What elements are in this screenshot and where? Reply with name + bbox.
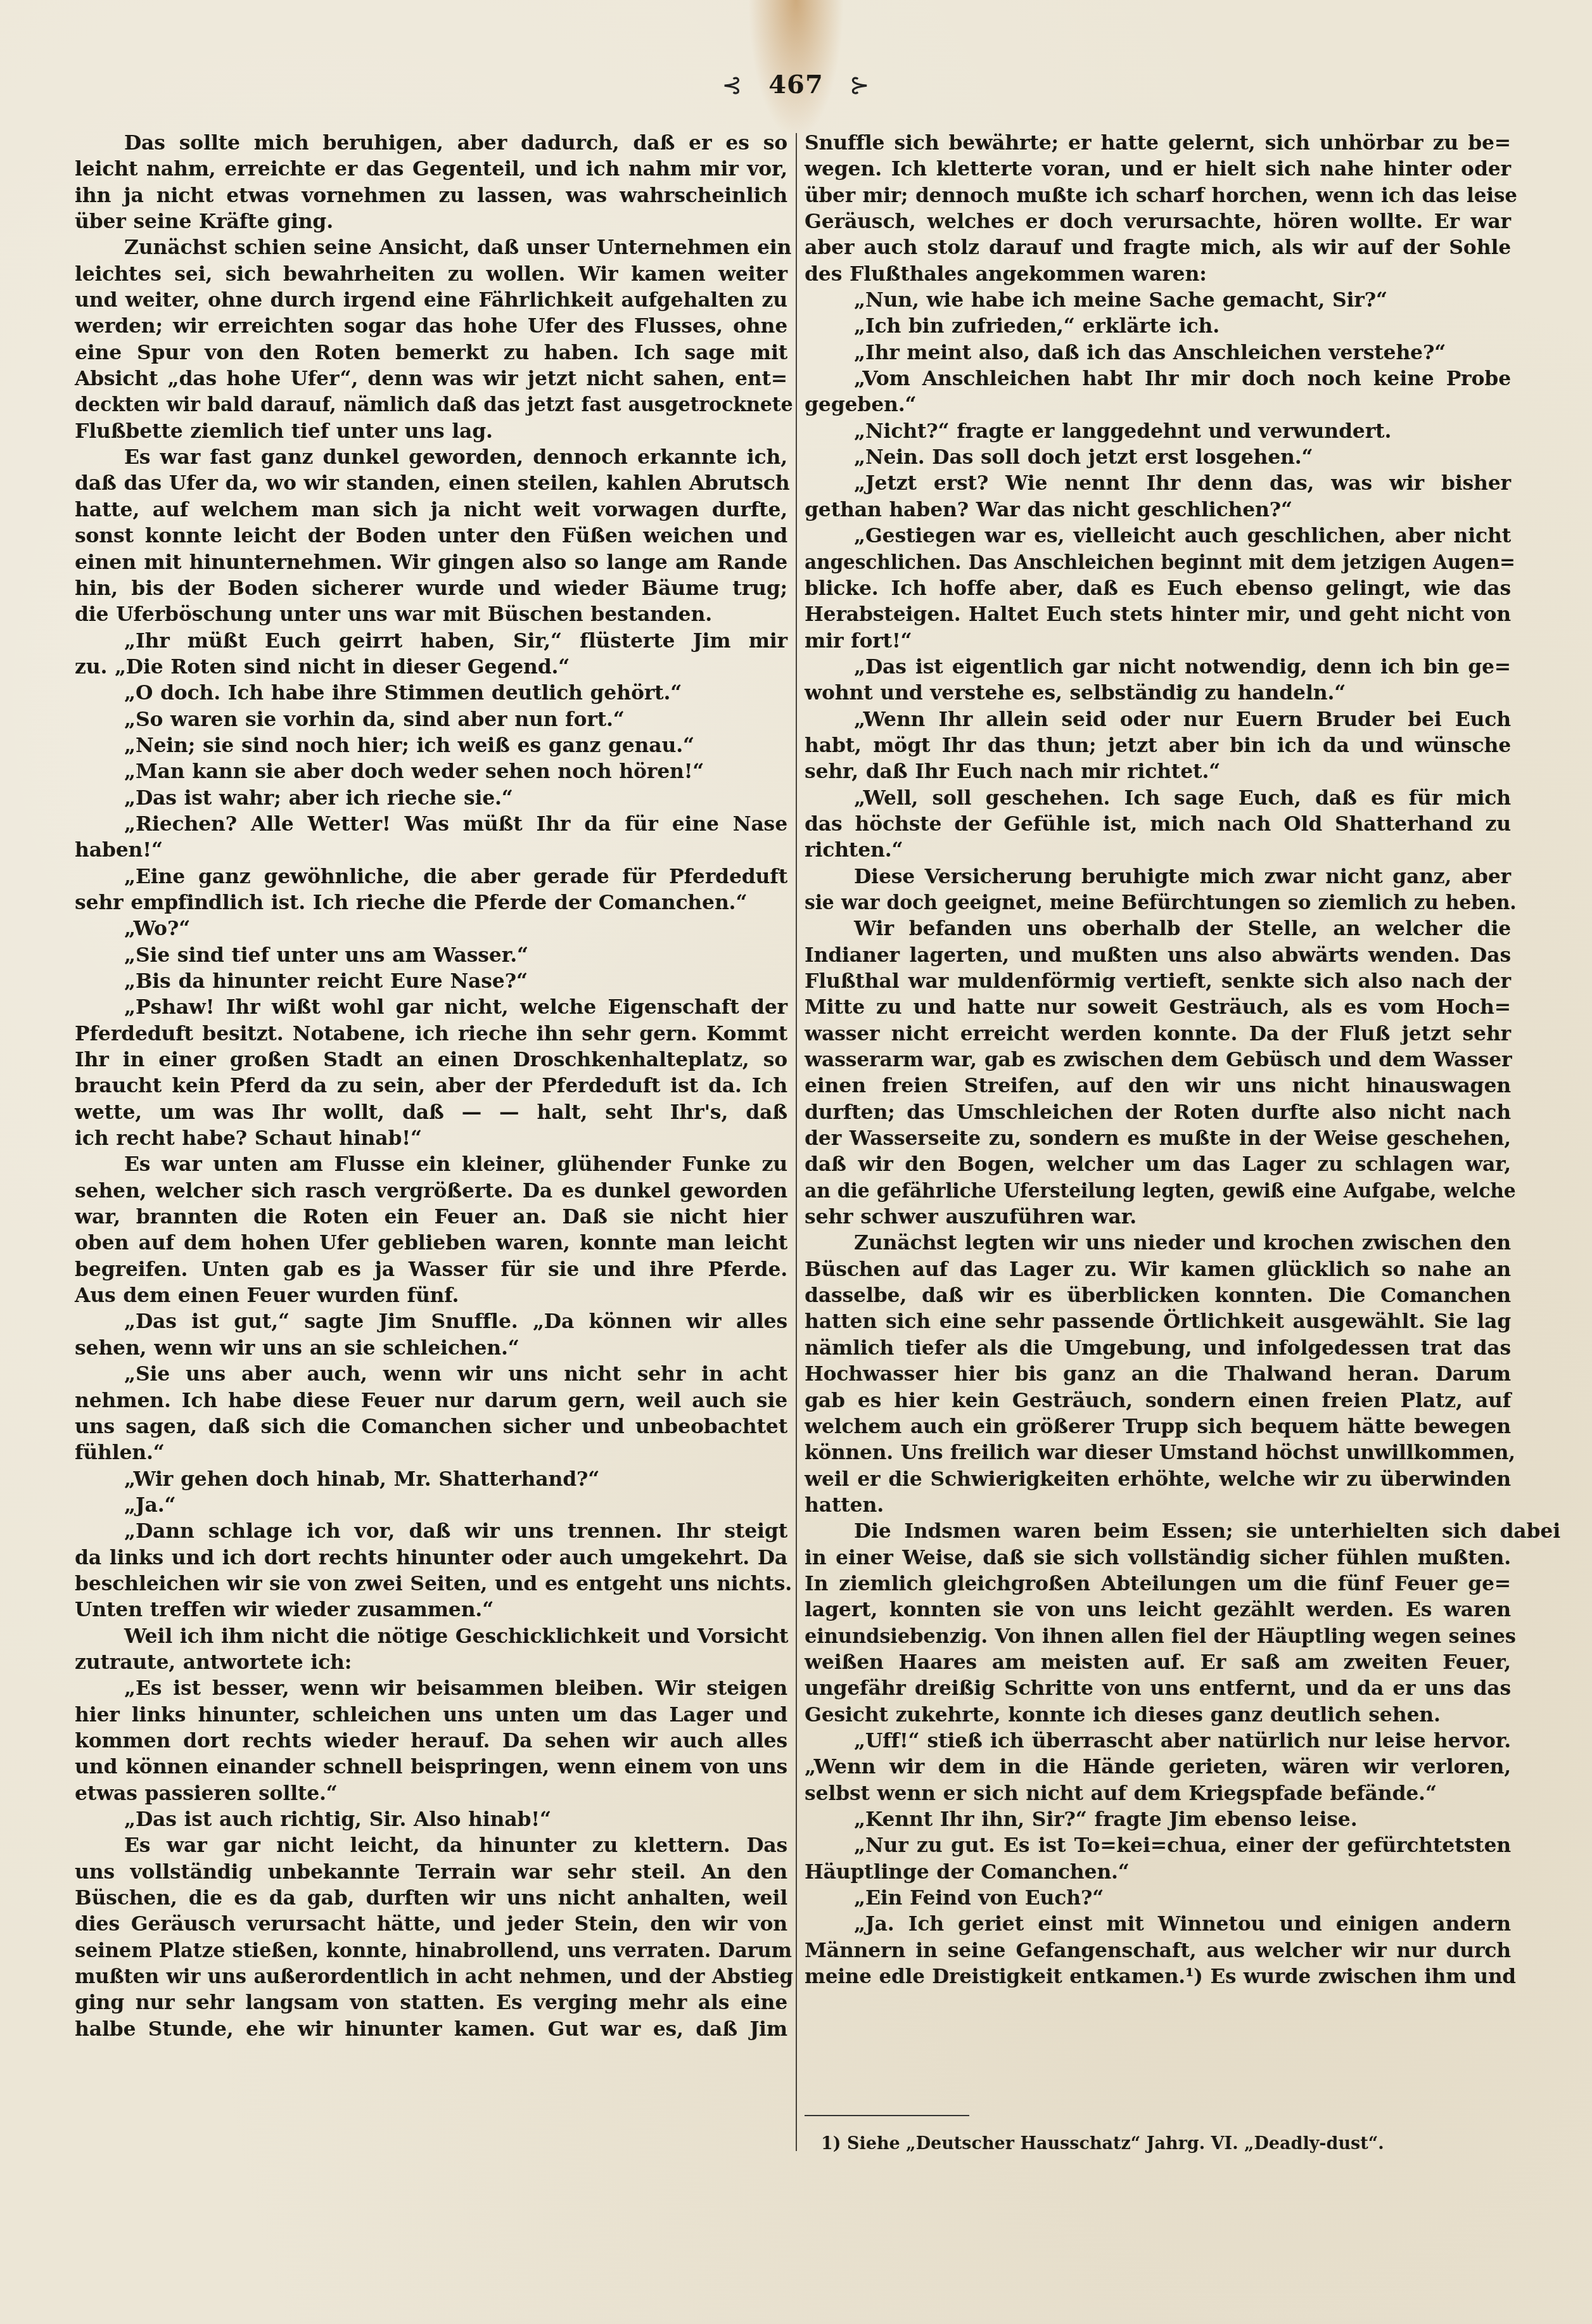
text-line: Zunächst schien seine Ansicht, daß unser… xyxy=(75,234,787,260)
text-line: meine edle Dreistigkeit entkamen.¹) Es w… xyxy=(805,1963,1511,1989)
text-line: wohnt und verstehe es, selbständig zu ha… xyxy=(805,680,1511,706)
text-line: Gesicht zukehrte, konnte ich dieses ganz… xyxy=(805,1702,1511,1728)
text-line: „Ihr meint also, daß ich das Anschleiche… xyxy=(805,340,1511,366)
ornament-left-icon: ⊰ xyxy=(722,71,742,99)
text-line: Absicht „das hohe Ufer“, denn was wir je… xyxy=(75,366,787,392)
text-line: uns sagen, daß sich die Comanchen sicher… xyxy=(75,1414,787,1440)
text-line: „Ihr müßt Euch geirrt haben, Sir,“ flüst… xyxy=(75,628,787,654)
text-line: „O doch. Ich habe ihre Stimmen deutlich … xyxy=(75,680,787,706)
text-line: Büschen auf das Lager zu. Wir kamen glüc… xyxy=(805,1256,1511,1282)
text-line: „Das ist eigentlich gar nicht notwendig,… xyxy=(805,654,1511,680)
text-line: „Well, soll geschehen. Ich sage Euch, da… xyxy=(805,785,1511,811)
text-line: „Sie sind tief unter uns am Wasser.“ xyxy=(75,942,787,968)
text-line: über seine Kräfte ging. xyxy=(75,208,787,234)
text-line: fühlen.“ xyxy=(75,1440,787,1465)
text-line: hin, bis der Boden sicherer wurde und wi… xyxy=(75,575,787,601)
footnote-text: Siehe „Deutscher Hausschatz“ Jahrg. VI. … xyxy=(847,2134,1384,2154)
text-line: „Wenn wir dem in die Hände gerieten, wär… xyxy=(805,1754,1511,1780)
text-line: ging nur sehr langsam von statten. Es ve… xyxy=(75,1989,787,2015)
footnote-rule xyxy=(805,2115,969,2116)
text-line: begreifen. Unten gab es ja Wasser für si… xyxy=(75,1256,787,1282)
text-line: lagert, konnten sie von uns leicht gezäh… xyxy=(805,1597,1511,1623)
text-line: sehr empfindlich ist. Ich rieche die Pfe… xyxy=(75,890,787,916)
text-line: wasserarm war, gab es zwischen dem Gebüs… xyxy=(805,1047,1511,1073)
text-line: Flußbette ziemlich tief unter uns lag. xyxy=(75,418,787,444)
text-line: „Jetzt erst? Wie nennt Ihr denn das, was… xyxy=(805,470,1511,496)
text-line: Indianer lagerten, und mußten uns also a… xyxy=(805,942,1511,968)
footnote: 1) Siehe „Deutscher Hausschatz“ Jahrg. V… xyxy=(821,2134,1384,2154)
text-line: nehmen. Ich habe diese Feuer nur darum g… xyxy=(75,1388,787,1414)
text-line: weil er die Schwierigkeiten erhöhte, wel… xyxy=(805,1466,1511,1492)
text-line: Snuffle sich bewährte; er hatte gelernt,… xyxy=(805,130,1511,156)
text-line: Büschen, die es da gab, durften wir uns … xyxy=(75,1885,787,1911)
text-line: „Ein Feind von Euch?“ xyxy=(805,1885,1511,1911)
text-line: Aus dem einen Feuer wurden fünf. xyxy=(75,1282,787,1308)
text-line: deckten wir bald darauf, nämlich daß das… xyxy=(75,392,787,418)
text-line: Unten treffen wir wieder zusammen.“ xyxy=(75,1597,787,1623)
text-line: hatten. xyxy=(805,1492,1511,1518)
text-line: braucht kein Pferd da zu sein, aber der … xyxy=(75,1073,787,1099)
text-line: Männern in seine Gefangenschaft, aus wel… xyxy=(805,1938,1511,1963)
text-line: da links und ich dort rechts hinunter od… xyxy=(75,1545,787,1571)
text-column-right: Snuffle sich bewährte; er hatte gelernt,… xyxy=(805,130,1511,1989)
text-line: beschleichen wir sie von zwei Seiten, un… xyxy=(75,1571,787,1597)
text-line: „Das ist wahr; aber ich rieche sie.“ xyxy=(75,785,787,811)
text-line: selbst wenn er sich nicht auf dem Kriegs… xyxy=(805,1780,1511,1806)
text-line: Häuptlinge der Comanchen.“ xyxy=(805,1859,1511,1885)
text-line: „Nein. Das soll doch jetzt erst losgehen… xyxy=(805,444,1511,470)
text-line: ich recht habe? Schaut hinab!“ xyxy=(75,1125,787,1151)
text-line: einundsiebenzig. Von ihnen allen fiel de… xyxy=(805,1623,1511,1649)
text-line: Geräusch, welches er doch verursachte, h… xyxy=(805,208,1511,234)
text-line: sie war doch geeignet, meine Befürchtung… xyxy=(805,890,1511,916)
column-divider xyxy=(796,133,797,2151)
text-line: blicke. Ich hoffe aber, daß es Euch eben… xyxy=(805,575,1511,601)
ornament-right-icon: ⊱ xyxy=(850,71,870,99)
text-line: über mir; dennoch mußte ich scharf horch… xyxy=(805,182,1511,208)
text-line: oben auf dem hohen Ufer geblieben waren,… xyxy=(75,1230,787,1256)
text-line: „Wo?“ xyxy=(75,916,787,942)
text-line: „Kennt Ihr ihn, Sir?“ fragte Jim ebenso … xyxy=(805,1806,1511,1832)
text-line: angeschlichen. Das Anschleichen beginnt … xyxy=(805,549,1511,575)
text-line: „Es ist besser, wenn wir beisammen bleib… xyxy=(75,1675,787,1701)
text-line: „Wir gehen doch hinab, Mr. Shatterhand?“ xyxy=(75,1466,787,1492)
text-line: das höchste der Gefühle ist, mich nach O… xyxy=(805,811,1511,837)
text-line: „Sie uns aber auch, wenn wir uns nicht s… xyxy=(75,1361,787,1387)
text-line: habt, mögt Ihr das thun; jetzt aber bin … xyxy=(805,732,1511,758)
text-line: ungefähr dreißig Schritte von uns entfer… xyxy=(805,1675,1511,1701)
text-line: haben!“ xyxy=(75,837,787,863)
text-line: gethan haben? War das nicht geschlichen?… xyxy=(805,497,1511,523)
text-line: leicht nahm, erreichte er das Gegenteil,… xyxy=(75,156,787,182)
text-line: nämlich tiefer als die Umgebung, und inf… xyxy=(805,1335,1511,1361)
footnote-marker: 1) xyxy=(821,2134,841,2154)
text-line: zutraute, antwortete ich: xyxy=(75,1649,787,1675)
text-line: durften; das Umschleichen der Roten durf… xyxy=(805,1099,1511,1125)
text-line: mußten wir uns außerordentlich in acht n… xyxy=(75,1963,787,1989)
text-line: „Nur zu gut. Es ist To=kei=chua, einer d… xyxy=(805,1832,1511,1858)
text-line: halbe Stunde, ehe wir hinunter kamen. Gu… xyxy=(75,2016,787,2042)
text-line: Es war unten am Flusse ein kleiner, glüh… xyxy=(75,1151,787,1177)
text-line: Zunächst legten wir uns nieder und kroch… xyxy=(805,1230,1511,1256)
text-line: „Uff!“ stieß ich überrascht aber natürli… xyxy=(805,1728,1511,1754)
text-line: „Ich bin zufrieden,“ erklärte ich. xyxy=(805,313,1511,339)
text-line: weißen Haares am meisten auf. Er saß am … xyxy=(805,1649,1511,1675)
text-line: sehr, daß Ihr Euch nach mir richtet.“ xyxy=(805,758,1511,784)
text-line: „Wenn Ihr allein seid oder nur Euern Bru… xyxy=(805,706,1511,732)
page-header: ⊰ 467 ⊱ xyxy=(0,70,1592,99)
text-line: ihn ja nicht etwas vornehmen zu lassen, … xyxy=(75,182,787,208)
text-line: und weiter, ohne durch irgend eine Fährl… xyxy=(75,287,787,313)
text-line: etwas passieren sollte.“ xyxy=(75,1780,787,1806)
text-line: wette, um was Ihr wollt, daß — — halt, s… xyxy=(75,1099,787,1125)
text-line: welchem auch ein größerer Trupp sich beq… xyxy=(805,1414,1511,1440)
text-line: „Nein; sie sind noch hier; ich weiß es g… xyxy=(75,732,787,758)
text-line: daß das Ufer da, wo wir standen, einen s… xyxy=(75,470,787,496)
text-line: Es war gar nicht leicht, da hinunter zu … xyxy=(75,1832,787,1858)
text-column-left: Das sollte mich beruhigen, aber dadurch,… xyxy=(75,130,787,2042)
text-line: „Dann schlage ich vor, daß wir uns trenn… xyxy=(75,1518,787,1544)
text-line: an die gefährliche Ufersteilung legten, … xyxy=(805,1178,1511,1204)
text-line: „Riechen? Alle Wetter! Was müßt Ihr da f… xyxy=(75,811,787,837)
text-line: hatten sich eine sehr passende Örtlichke… xyxy=(805,1308,1511,1334)
text-line: sehen, welcher sich rasch vergrößerte. D… xyxy=(75,1178,787,1204)
text-line: und können einander schnell beispringen,… xyxy=(75,1754,787,1780)
text-line: hatte, auf welchem man sich ja nicht wei… xyxy=(75,497,787,523)
text-line: mir fort!“ xyxy=(805,628,1511,654)
text-line: Ihr in einer großen Stadt an einen Drosc… xyxy=(75,1047,787,1073)
text-line: Das sollte mich beruhigen, aber dadurch,… xyxy=(75,130,787,156)
text-line: aber auch stolz darauf und fragte mich, … xyxy=(805,234,1511,260)
text-line: werden; wir erreichten sogar das hohe Uf… xyxy=(75,313,787,339)
text-line: In ziemlich gleichgroßen Abteilungen um … xyxy=(805,1571,1511,1597)
text-line: Weil ich ihm nicht die nötige Geschickli… xyxy=(75,1623,787,1649)
text-line: einen mit hinunternehmen. Wir gingen als… xyxy=(75,549,787,575)
text-line: Die Indsmen waren beim Essen; sie unterh… xyxy=(805,1518,1560,1544)
text-line: „Das ist auch richtig, Sir. Also hinab!“ xyxy=(75,1806,787,1832)
text-line: dies Geräusch verursacht hätte, und jede… xyxy=(75,1911,787,1937)
page-number: 467 xyxy=(768,70,824,99)
text-line: die Uferböschung unter uns war mit Büsch… xyxy=(75,601,787,627)
text-line: Pferdeduft besitzt. Notabene, ich rieche… xyxy=(75,1021,787,1047)
text-line: Mitte zu und hatte nur soweit Gesträuch,… xyxy=(805,994,1511,1020)
text-line: „Nicht?“ fragte er langgedehnt und verwu… xyxy=(805,418,1511,444)
text-line: sehr schwer auszuführen war. xyxy=(805,1204,1511,1230)
text-line: sonst konnte leicht der Boden unter den … xyxy=(75,523,787,549)
text-line: „So waren sie vorhin da, sind aber nun f… xyxy=(75,706,787,732)
text-line: uns vollständig unbekannte Terrain war s… xyxy=(75,1859,787,1885)
text-line: daß wir den Bogen, welcher um das Lager … xyxy=(805,1151,1511,1177)
text-line: kommen dort rechts wieder herauf. Da seh… xyxy=(75,1728,787,1754)
text-line: „Ja. Ich geriet einst mit Winnetou und e… xyxy=(805,1911,1511,1937)
text-line: des Flußthales angekommen waren: xyxy=(805,261,1511,287)
text-line: „Ja.“ xyxy=(75,1492,787,1518)
text-line: hier links hinunter, schleichen uns unte… xyxy=(75,1702,787,1728)
text-line: war, brannten die Roten ein Feuer an. Da… xyxy=(75,1204,787,1230)
text-line: Es war fast ganz dunkel geworden, dennoc… xyxy=(75,444,787,470)
text-line: Hochwasser hier bis ganz an die Thalwand… xyxy=(805,1361,1511,1387)
text-line: können. Uns freilich war dieser Umstand … xyxy=(805,1440,1511,1465)
text-line: „Nun, wie habe ich meine Sache gemacht, … xyxy=(805,287,1511,313)
text-line: Wir befanden uns oberhalb der Stelle, an… xyxy=(805,916,1511,942)
text-line: „Gestiegen war es, vielleicht auch gesch… xyxy=(805,523,1511,549)
text-line: zu. „Die Roten sind nicht in dieser Gege… xyxy=(75,654,787,680)
text-line: richten.“ xyxy=(805,837,1511,863)
text-line: eine Spur von den Roten bemerkt zu haben… xyxy=(75,340,787,366)
text-line: „Pshaw! Ihr wißt wohl gar nicht, welche … xyxy=(75,994,787,1020)
text-line: „Das ist gut,“ sagte Jim Snuffle. „Da kö… xyxy=(75,1308,787,1334)
text-line: Flußthal war muldenförmig vertieft, senk… xyxy=(805,968,1511,994)
text-line: sehen, wenn wir uns an sie schleichen.“ xyxy=(75,1335,787,1361)
text-line: wegen. Ich kletterte voran, und er hielt… xyxy=(805,156,1511,182)
text-line: „Man kann sie aber doch weder sehen noch… xyxy=(75,758,787,784)
text-line: seinem Platze stießen, konnte, hinabroll… xyxy=(75,1938,787,1963)
text-line: Herabsteigen. Haltet Euch stets hinter m… xyxy=(805,601,1511,627)
text-line: in einer Weise, daß sie sich vollständig… xyxy=(805,1545,1511,1571)
text-line: der Wasserseite zu, sondern es mußte in … xyxy=(805,1125,1511,1151)
text-line: „Bis da hinunter reicht Eure Nase?“ xyxy=(75,968,787,994)
text-line: Diese Versicherung beruhigte mich zwar n… xyxy=(805,864,1511,890)
text-line: leichtes sei, sich bewahrheiten zu wolle… xyxy=(75,261,787,287)
text-line: „Eine ganz gewöhnliche, die aber gerade … xyxy=(75,864,787,890)
text-line: gab es hier kein Gesträuch, sondern eine… xyxy=(805,1388,1511,1414)
text-line: dasselbe, daß wir es überblicken konnten… xyxy=(805,1282,1511,1308)
text-line: wasser nicht erreicht werden konnte. Da … xyxy=(805,1021,1511,1047)
text-line: „Vom Anschleichen habt Ihr mir doch noch… xyxy=(805,366,1511,392)
text-line: gegeben.“ xyxy=(805,392,1511,418)
text-line: einen freien Streifen, auf den wir uns n… xyxy=(805,1073,1511,1099)
